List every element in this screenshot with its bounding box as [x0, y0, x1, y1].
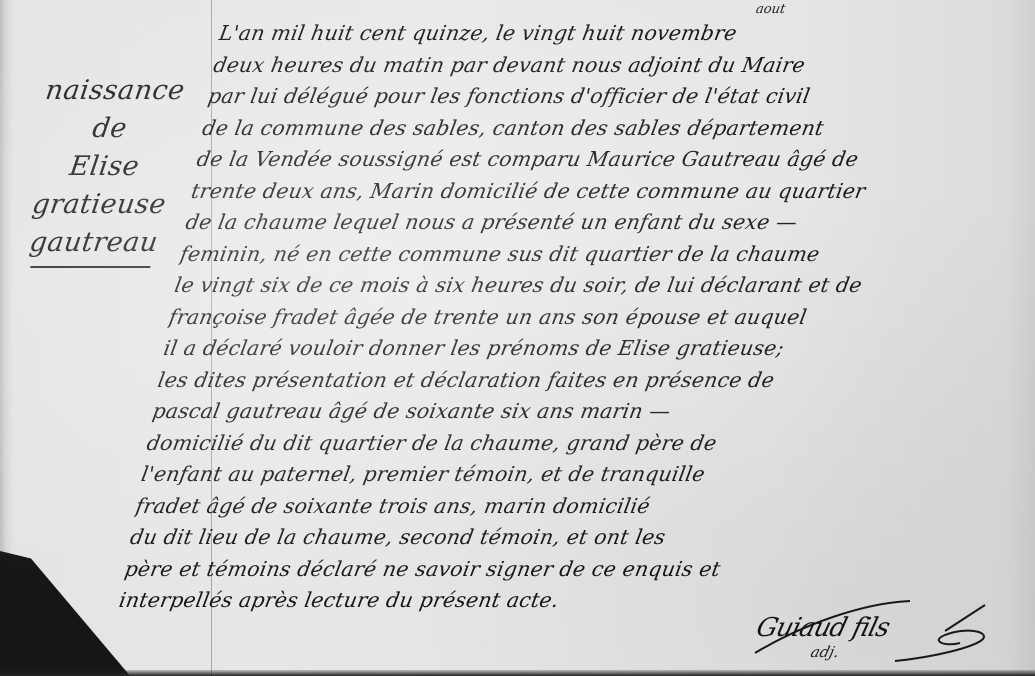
body-line: trente deux ans, Marin domicilié de cett… — [189, 176, 995, 208]
margin-note: naissance de Elise gratieuse gautreau — [0, 72, 208, 268]
signature: Guiaud fils adj. — [745, 605, 995, 665]
body-line: de la chaume lequel nous a présenté un e… — [183, 207, 989, 239]
body-line: pascal gautreau âgé de soixante six ans … — [150, 396, 956, 428]
body-line: feminin, né en cette commune sus dit qua… — [178, 239, 984, 271]
margin-line: naissance — [22, 72, 207, 110]
body-line: par lui délégué pour les fonctions d'off… — [205, 81, 1011, 113]
register-page: naissance de Elise gratieuse gautreau ao… — [0, 0, 1035, 676]
body-line: deux heures du matin par devant nous adj… — [211, 50, 1017, 82]
margin-line: de — [17, 110, 202, 148]
body-line: L'an mil huit cent quinze, le vingt huit… — [216, 18, 1022, 50]
body-line: françoise fradet âgée de trente un ans s… — [166, 302, 972, 334]
signature-name: Guiaud fils — [753, 613, 892, 643]
body-line: père et témoins déclaré ne savoir signer… — [122, 554, 928, 586]
margin-line: Elise — [12, 148, 197, 186]
body-line: de la Vendée soussigné est comparu Mauri… — [194, 144, 1000, 176]
scan-bottom-edge — [0, 670, 1035, 676]
body-line: fradet âgé de soixante trois ans, marin … — [133, 491, 939, 523]
entry-body: L'an mil huit cent quinze, le vingt huit… — [116, 18, 1022, 617]
interlinear-insertion: aout — [755, 2, 787, 17]
body-line: domicilié du dit quartier de la chaume, … — [144, 428, 950, 460]
margin-underline — [30, 266, 150, 268]
margin-line: gautreau — [1, 224, 186, 262]
body-line: il a déclaré vouloir donner les prénoms … — [161, 333, 967, 365]
body-line: l'enfant au paternel, premier témoin, et… — [139, 459, 945, 491]
margin-line: gratieuse — [6, 186, 191, 224]
body-line: le vingt six de ce mois à six heures du … — [172, 270, 978, 302]
body-line: du dit lieu de la chaume, second témoin,… — [128, 522, 934, 554]
body-line: les dites présentation et déclaration fa… — [155, 365, 961, 397]
body-line: de la commune des sables, canton des sab… — [200, 113, 1006, 145]
signature-title: adj. — [809, 643, 841, 661]
